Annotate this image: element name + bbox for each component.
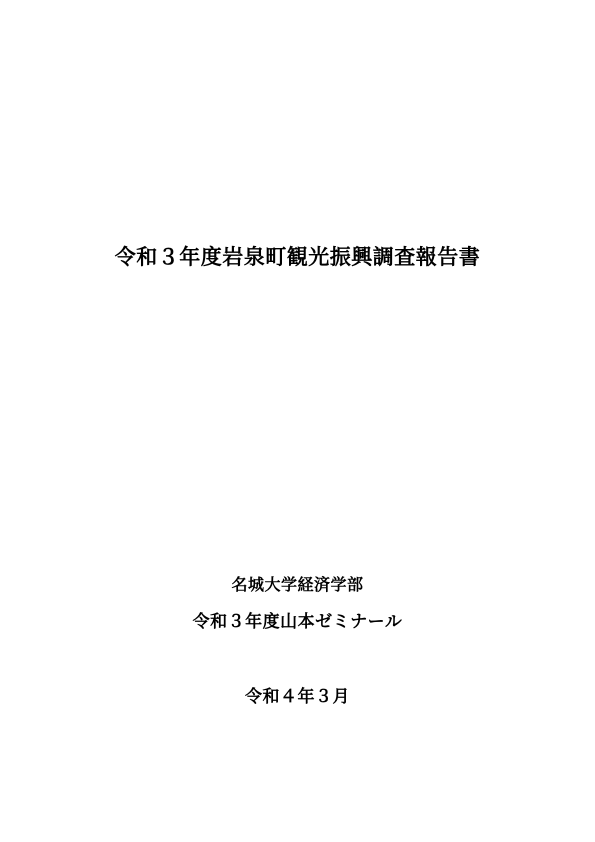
organization-name: 名城大学経済学部 — [0, 576, 595, 595]
document-cover-page: 令和３年度岩泉町観光振興調査報告書 名城大学経済学部 令和３年度山本ゼミナール … — [0, 0, 595, 842]
report-title: 令和３年度岩泉町観光振興調査報告書 — [0, 245, 595, 270]
publication-date: 令和４年３月 — [0, 687, 595, 707]
seminar-name: 令和３年度山本ゼミナール — [0, 612, 595, 632]
